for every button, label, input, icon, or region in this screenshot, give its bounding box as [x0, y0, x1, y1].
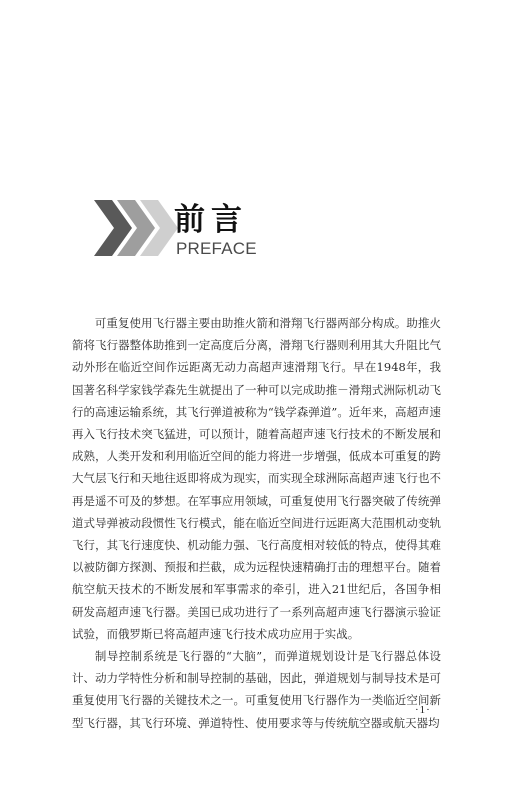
preface-header: 前言 PREFACE: [94, 198, 294, 262]
paragraph: 制导控制系统是飞行器的“大脑”，而弹道规划设计是飞行器总体设计、动力学特性分析和…: [72, 645, 441, 734]
chevron-arrows-icon: [94, 200, 178, 256]
page-title: 前言: [174, 202, 248, 238]
body-text: 可重复使用飞行器主要由助推火箭和滑翔飞行器两部分构成。助推火箭将飞行器整体助推到…: [72, 312, 441, 734]
page-subtitle: PREFACE: [176, 240, 257, 258]
paragraph: 可重复使用飞行器主要由助推火箭和滑翔飞行器两部分构成。助推火箭将飞行器整体助推到…: [72, 312, 441, 645]
page-number: ·1·: [415, 704, 431, 716]
